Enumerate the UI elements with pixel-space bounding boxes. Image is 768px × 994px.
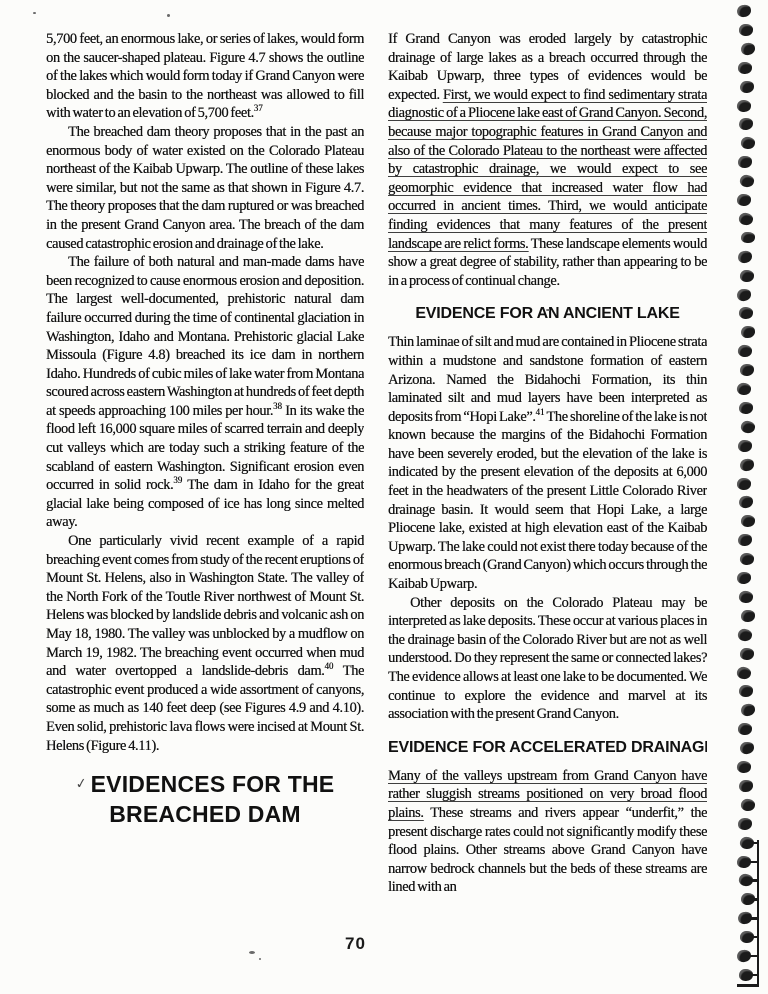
binding-loop [738,495,753,509]
binding-loop [740,269,754,281]
binding-loop [738,779,753,792]
section-heading-ancient-lake: EVIDENCE FOR AN ANCIENT LAKE [388,305,707,323]
heading-line-2: BREACHED DAM [109,801,301,827]
binding-loop [738,61,752,73]
checkmark-annotation: ✓ [73,769,89,797]
binding-loop [740,420,755,434]
paragraph-lake-elevation: 5,700 feet, an enormous lake, or series … [46,30,364,123]
paragraph-other-deposits: Other deposits on the Colorado Plateau m… [388,594,707,724]
paragraph-bidahochi: Thin laminae of silt and mud are contain… [388,333,707,593]
section-heading-accelerated-drainage: EVIDENCE FOR ACCELERATED DRAINAGE [388,739,707,757]
binding-loop [737,477,751,489]
scanned-book-page: 5,700 feet, an enormous lake, or series … [0,0,768,994]
binding-loop [736,382,751,395]
scan-speck [167,14,170,17]
binding-loop [737,345,752,358]
heading-line-1: EVIDENCES FOR THE [91,771,335,797]
scan-speck [546,309,550,311]
binding-loop [736,571,751,584]
binding-loop [741,609,755,621]
binding-loop [738,440,752,452]
spiral-binding [728,0,768,994]
scan-speck [259,958,261,960]
paragraph-underfit-streams: Many of the valleys upstream from Grand … [388,767,707,897]
binding-loop [739,402,753,414]
binding-loop [739,457,755,471]
binding-loop [736,288,751,301]
binding-loop [738,817,752,830]
binding-foot [737,984,759,987]
left-column: 5,700 feet, an enormous lake, or series … [46,30,364,980]
binding-loop [738,156,752,168]
binding-loop [738,590,753,603]
paragraph-lake-missoula: The failure of both natural and man-made… [46,253,364,532]
binding-loop [741,232,755,244]
binding-loop [737,761,751,773]
binding-loop [741,515,755,527]
binding-loop [740,798,755,811]
section-heading-breached-dam: ✓EVIDENCES FOR THE BREACHED DAM [46,771,364,828]
page-number: 70 [345,934,366,954]
paragraph-mount-st-helens: One particularly vivid recent example of… [46,532,364,755]
binding-loop [737,99,751,112]
binding-loop [737,250,752,264]
binding-spine [757,840,759,987]
scan-speck [33,12,36,14]
binding-loop [739,24,753,36]
right-column: If Grand Canyon was eroded largely by ca… [388,30,707,980]
binding-loop [736,665,751,679]
binding-loop [739,741,754,754]
binding-loop [739,307,753,319]
binding-loop [740,42,755,56]
binding-loop [740,553,754,566]
paragraph-breached-dam-theory: The breached dam theory proposes that in… [46,123,364,253]
binding-loop [739,174,754,187]
binding-loop [738,118,753,131]
binding-loop [739,685,753,697]
scan-speck [249,951,255,954]
binding-loop [740,647,754,659]
binding-loop [739,80,754,93]
binding-loop [740,703,755,717]
paragraph-three-evidences: If Grand Canyon was eroded largely by ca… [388,30,707,290]
binding-loop [737,628,752,641]
binding-loop [740,326,755,339]
binding-loop [738,723,752,735]
binding-loop [740,364,754,377]
binding-loop [737,194,751,206]
binding-loop [738,212,753,226]
binding-loop [736,4,752,18]
binding-loop [737,533,752,546]
binding-loop [740,137,755,150]
